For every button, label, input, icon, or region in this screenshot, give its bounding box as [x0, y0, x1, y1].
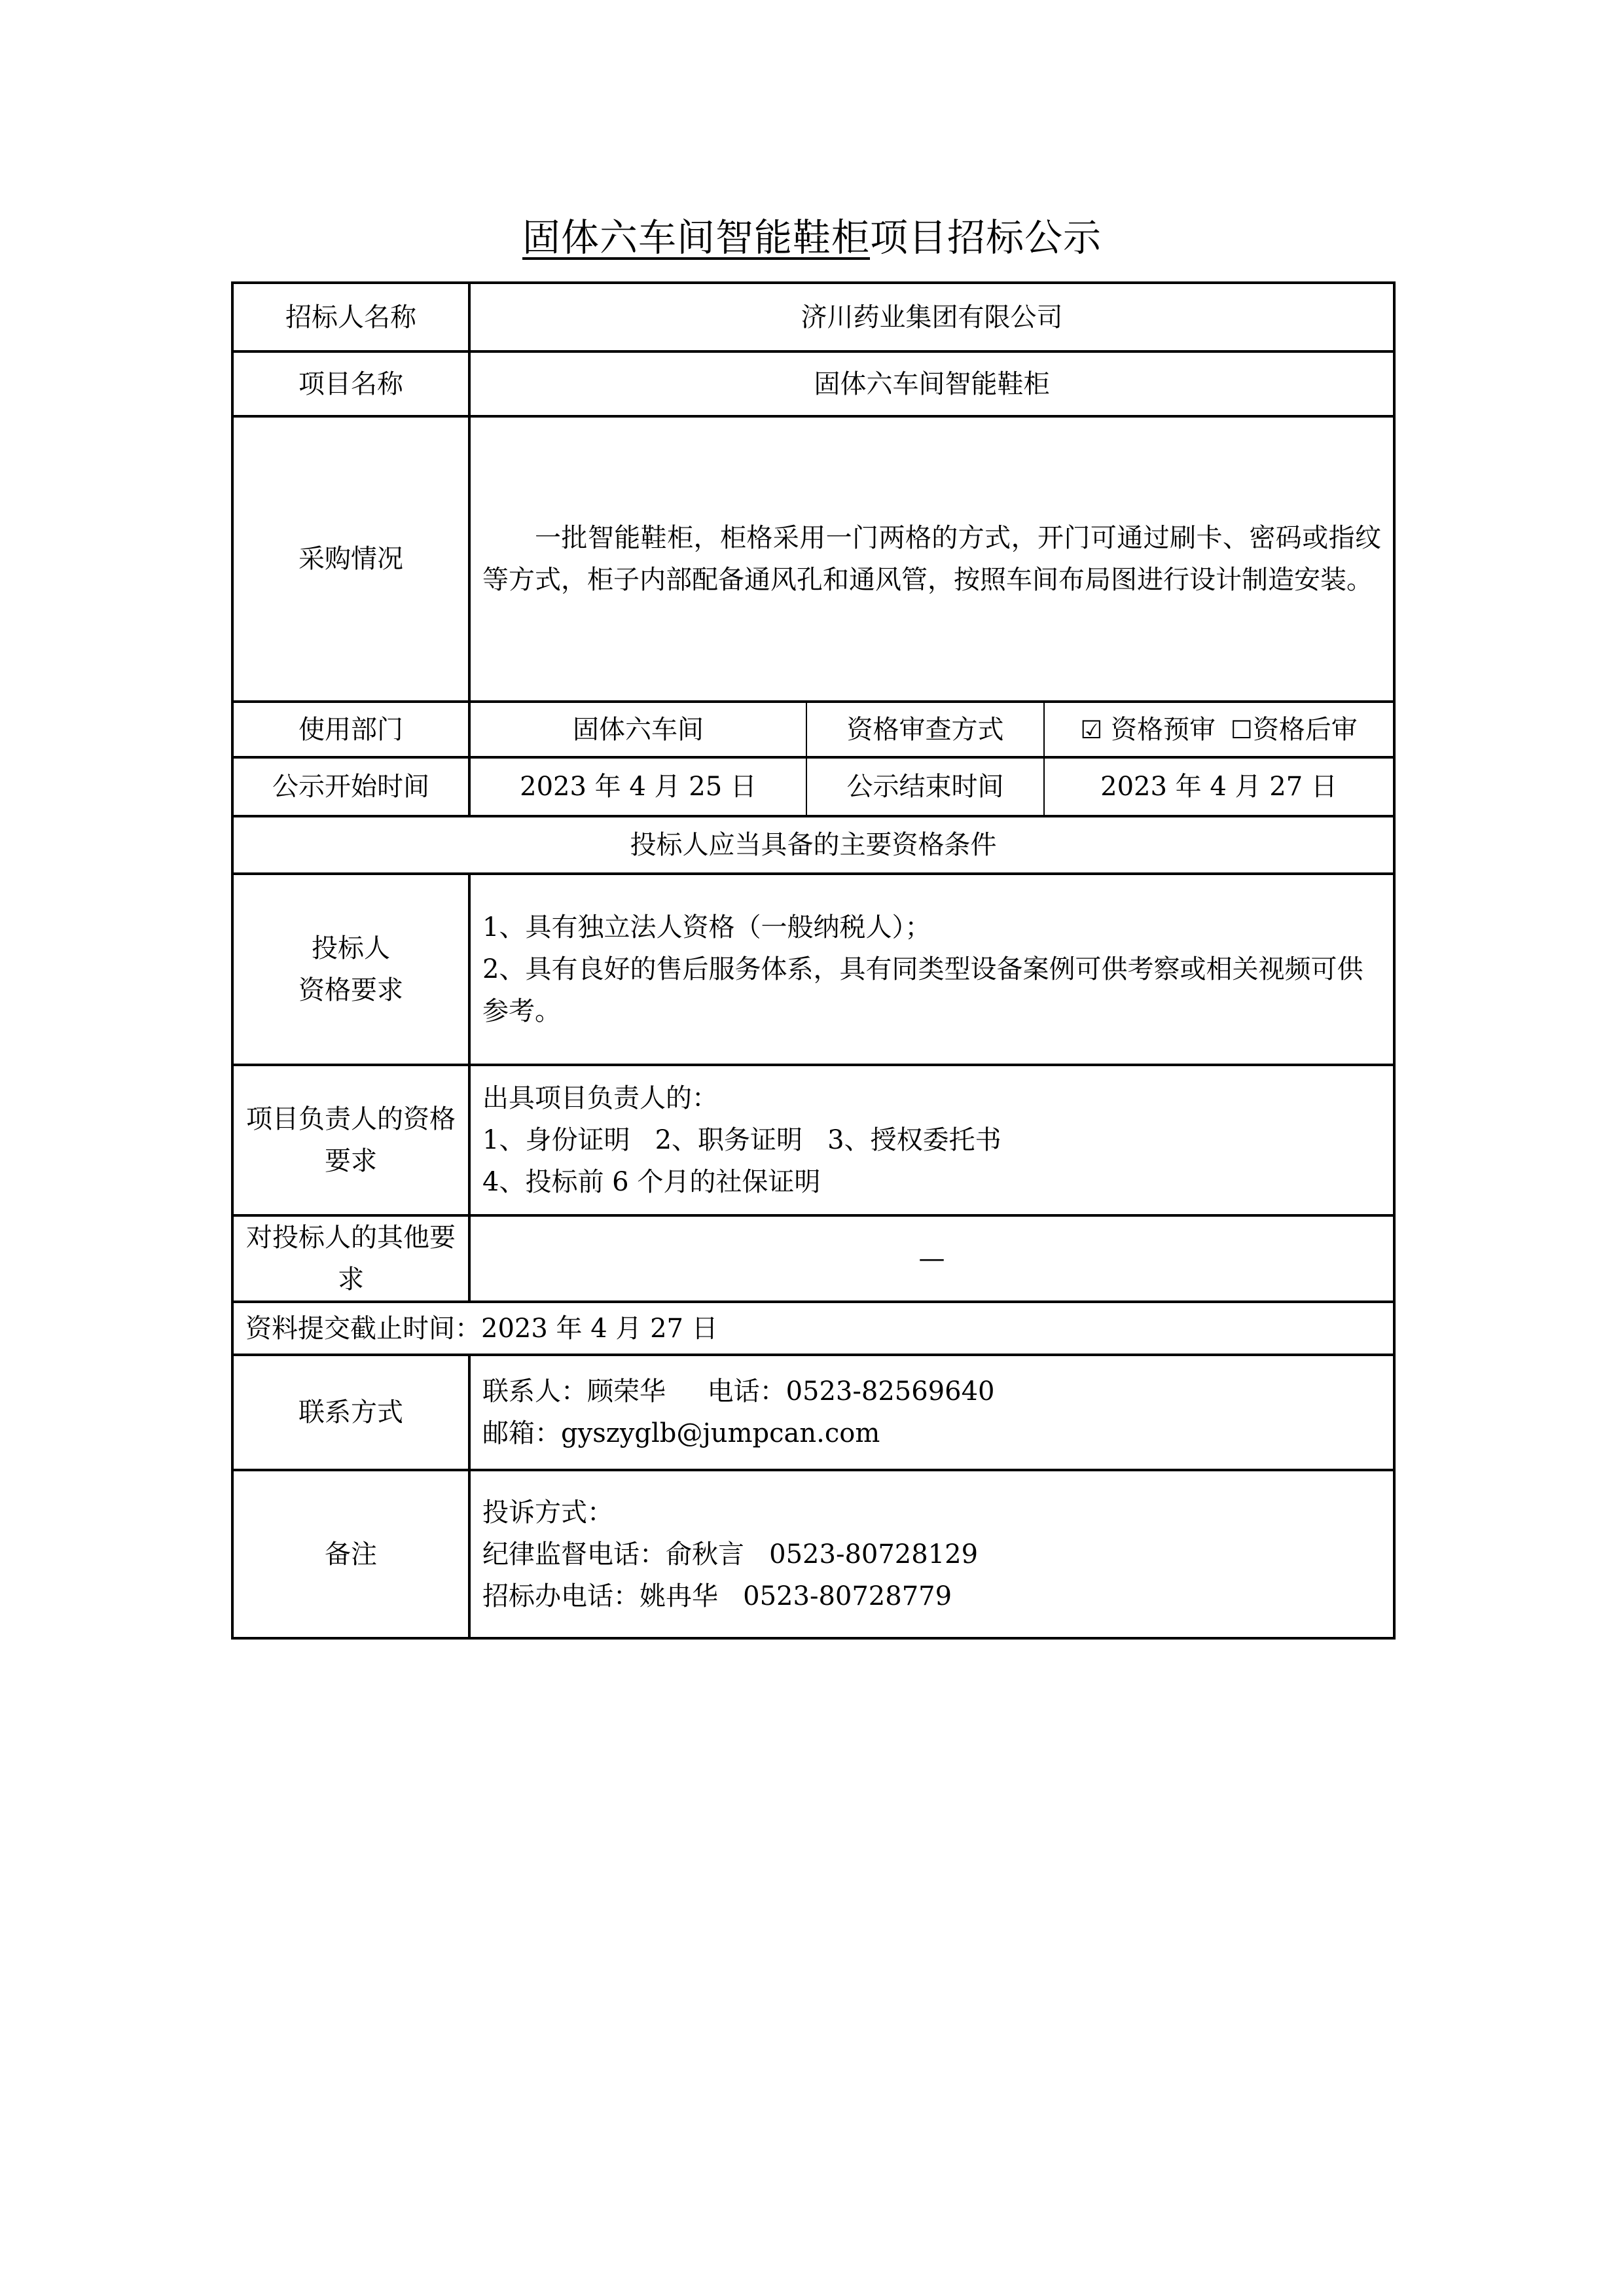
page-title-rest: 项目招标公示 — [870, 215, 1102, 260]
pm-req-value: 出具项目负责人的： 1、身份证明 2、职务证明 3、授权委托书 4、投标前 6 … — [469, 1065, 1394, 1215]
bidder-req-line-1: 1、具有独立法人资格（一般纳税人）； — [482, 906, 1381, 948]
row-department: 使用部门 固体六车间 资格审查方式 ☑ 资格预审 ☐资格后审 — [232, 702, 1394, 757]
remarks-line-3: 招标办电话：姚冉华 0523-80728779 — [482, 1575, 1381, 1617]
page-title-underlined: 固体六车间智能鞋柜 — [522, 215, 870, 260]
tenderer-value: 济川药业集团有限公司 — [469, 283, 1394, 351]
contact-person-phone: 联系人：顾荣华 电话：0523-82569640 — [482, 1371, 1381, 1412]
department-value: 固体六车间 — [469, 702, 806, 757]
row-remarks: 备注 投诉方式： 纪律监督电话：俞秋言 0523-80728129 招标办电话：… — [232, 1470, 1394, 1638]
project-label: 项目名称 — [232, 351, 469, 416]
pm-req-line-2: 1、身份证明 2、职务证明 3、授权委托书 — [482, 1119, 1381, 1161]
submission-deadline: 资料提交截止时间：2023 年 4 月 27 日 — [232, 1302, 1394, 1355]
review-method-options: ☑ 资格预审 ☐资格后审 — [1044, 702, 1394, 757]
checkbox-checked-icon[interactable]: ☑ — [1080, 715, 1102, 744]
row-bidder-requirements: 投标人 资格要求 1、具有独立法人资格（一般纳税人）； 2、具有良好的售后服务体… — [232, 874, 1394, 1065]
row-section-header: 投标人应当具备的主要资格条件 — [232, 816, 1394, 874]
bidder-req-label-line2: 资格要求 — [245, 969, 456, 1011]
row-other-requirements: 对投标人的其他要求 — — [232, 1215, 1394, 1302]
start-date-label: 公示开始时间 — [232, 757, 469, 816]
option-prequalification: 资格预审 — [1111, 715, 1216, 745]
remarks-line-2: 纪律监督电话：俞秋言 0523-80728129 — [482, 1534, 1381, 1575]
procurement-label: 采购情况 — [232, 416, 469, 702]
row-tenderer: 招标人名称 济川药业集团有限公司 — [232, 283, 1394, 351]
row-pm-requirements: 项目负责人的资格要求 出具项目负责人的： 1、身份证明 2、职务证明 3、授权委… — [232, 1065, 1394, 1215]
contact-email: 邮箱：gyszyglb@jumpcan.com — [482, 1412, 1381, 1454]
pm-req-label: 项目负责人的资格要求 — [232, 1065, 469, 1215]
checkbox-unchecked-icon[interactable]: ☐ — [1231, 715, 1253, 744]
end-date-value: 2023 年 4 月 27 日 — [1044, 757, 1394, 816]
tenderer-label: 招标人名称 — [232, 283, 469, 351]
contact-value: 联系人：顾荣华 电话：0523-82569640 邮箱：gyszyglb@jum… — [469, 1355, 1394, 1470]
remarks-label: 备注 — [232, 1470, 469, 1638]
tender-notice-table: 招标人名称 济川药业集团有限公司 项目名称 固体六车间智能鞋柜 采购情况 一批智… — [231, 281, 1396, 1640]
bidder-req-value: 1、具有独立法人资格（一般纳税人）； 2、具有良好的售后服务体系，具有同类型设备… — [469, 874, 1394, 1065]
row-contact: 联系方式 联系人：顾荣华 电话：0523-82569640 邮箱：gyszygl… — [232, 1355, 1394, 1470]
pm-req-line-3: 4、投标前 6 个月的社保证明 — [482, 1161, 1381, 1203]
remarks-line-1: 投诉方式： — [482, 1492, 1381, 1534]
review-method-label: 资格审查方式 — [806, 702, 1044, 757]
end-date-label: 公示结束时间 — [806, 757, 1044, 816]
bidder-req-label: 投标人 资格要求 — [232, 874, 469, 1065]
other-req-label: 对投标人的其他要求 — [232, 1215, 469, 1302]
row-project: 项目名称 固体六车间智能鞋柜 — [232, 351, 1394, 416]
project-value: 固体六车间智能鞋柜 — [469, 351, 1394, 416]
bidder-req-label-line1: 投标人 — [245, 927, 456, 969]
contact-label: 联系方式 — [232, 1355, 469, 1470]
procurement-text: 一批智能鞋柜，柜格采用一门两格的方式，开门可通过刷卡、密码或指纹等方式，柜子内部… — [482, 517, 1381, 601]
pm-req-line-1: 出具项目负责人的： — [482, 1077, 1381, 1119]
bidder-req-line-2: 2、具有良好的售后服务体系，具有同类型设备案例可供考察或相关视频可供参考。 — [482, 948, 1381, 1032]
page-title: 固体六车间智能鞋柜项目招标公示 — [0, 208, 1624, 267]
remarks-value: 投诉方式： 纪律监督电话：俞秋言 0523-80728129 招标办电话：姚冉华… — [469, 1470, 1394, 1638]
other-req-value: — — [469, 1215, 1394, 1302]
procurement-value: 一批智能鞋柜，柜格采用一门两格的方式，开门可通过刷卡、密码或指纹等方式，柜子内部… — [469, 416, 1394, 702]
section-header: 投标人应当具备的主要资格条件 — [232, 816, 1394, 874]
row-deadline: 资料提交截止时间：2023 年 4 月 27 日 — [232, 1302, 1394, 1355]
option-postqualification: 资格后审 — [1253, 715, 1358, 745]
start-date-value: 2023 年 4 月 25 日 — [469, 757, 806, 816]
row-dates: 公示开始时间 2023 年 4 月 25 日 公示结束时间 2023 年 4 月… — [232, 757, 1394, 816]
row-procurement: 采购情况 一批智能鞋柜，柜格采用一门两格的方式，开门可通过刷卡、密码或指纹等方式… — [232, 416, 1394, 702]
department-label: 使用部门 — [232, 702, 469, 757]
